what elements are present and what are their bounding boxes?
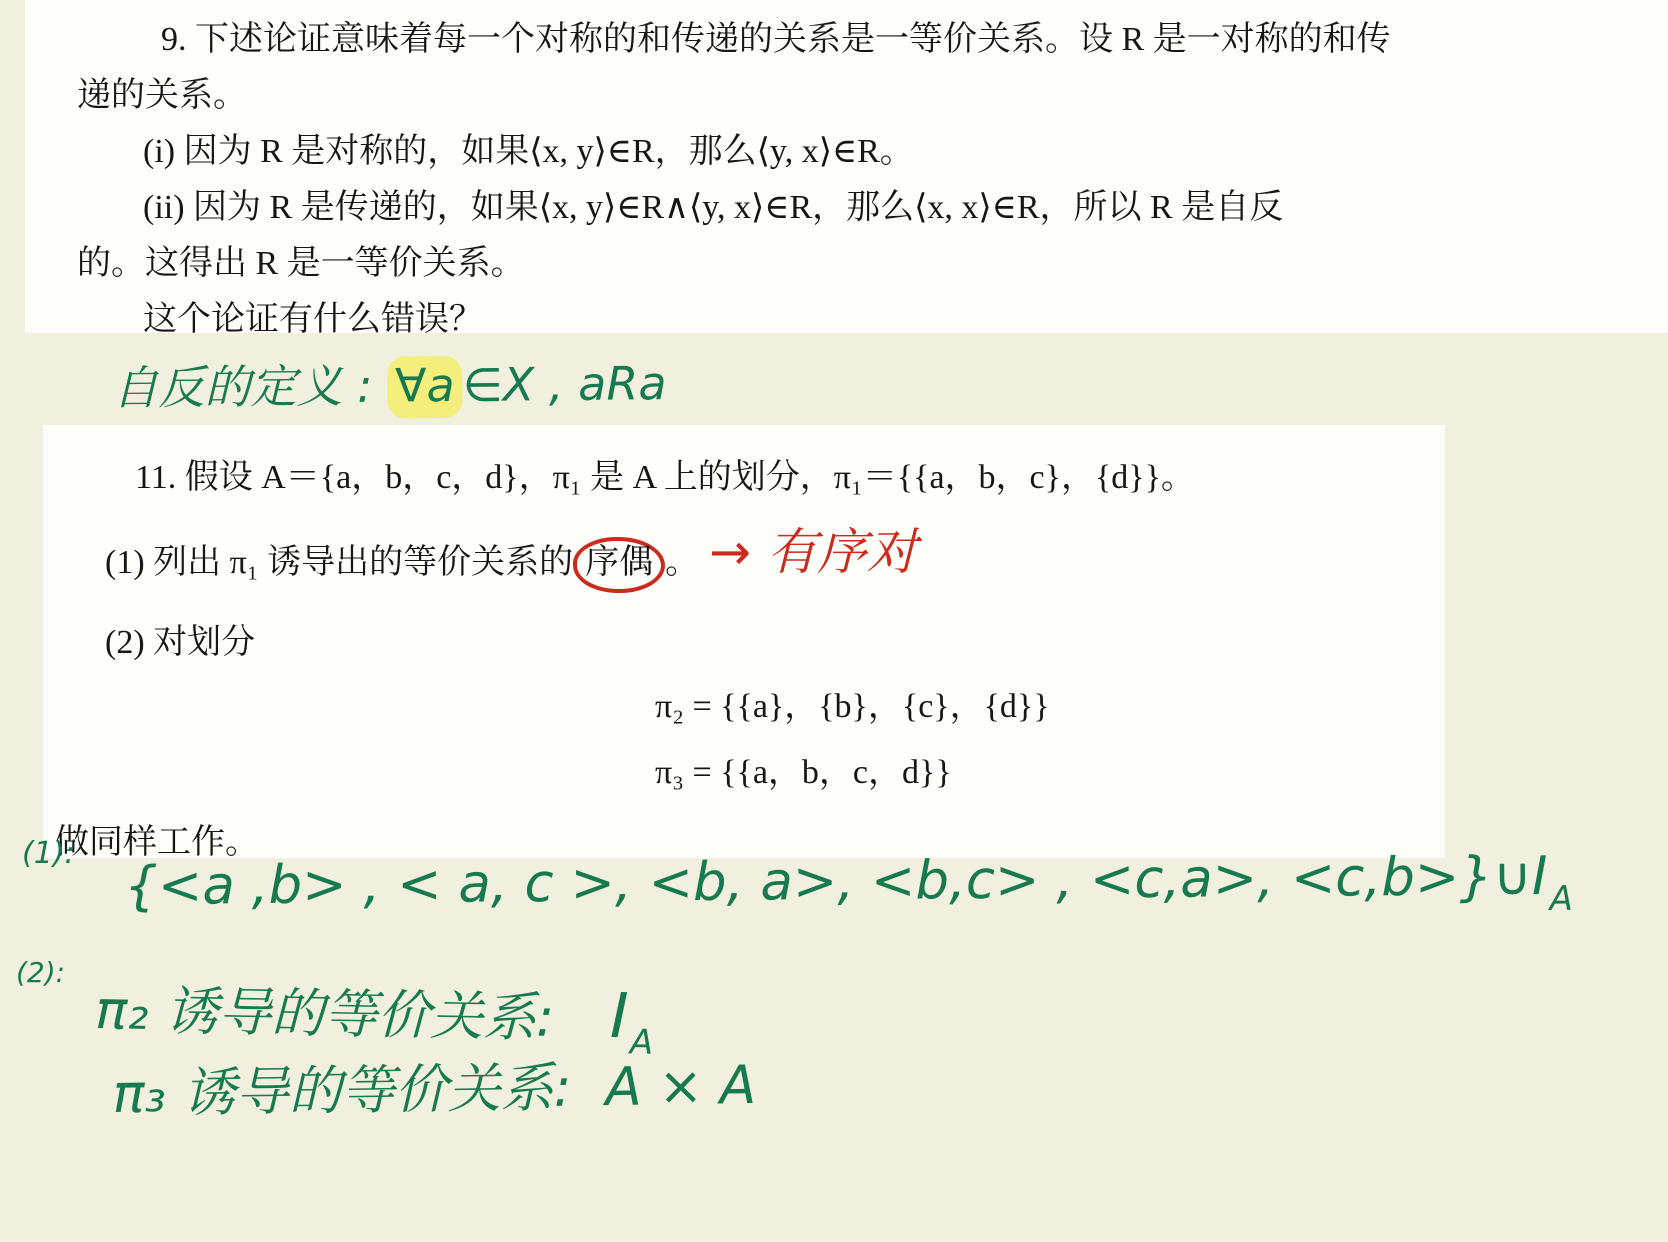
handwritten-reflexive-definition: 自反的定义 : ∀a∈X , aRa [112, 347, 667, 418]
problem11-line2-period: 。 [665, 544, 699, 581]
answer1-identity-subscript: A [1549, 879, 1573, 919]
answer2-cartesian-product: A × A [605, 1055, 756, 1118]
problem9-line-2: 递的关系。 [77, 68, 1648, 124]
answer2-label: (2): [16, 956, 65, 989]
answer2-identity-symbol: I [609, 979, 629, 1052]
problem11-line-2: (1) 列出 π₁ 诱导出的等价关系的序偶。→ 有序对 [105, 524, 1445, 593]
answer1-label: (1): [22, 836, 75, 871]
problem9-line-6: 这个论证有什么错误？ [77, 292, 1648, 348]
answer1-pair-set: {<a ,b> , < a, c >, <b, a>, <b,c> , <c,a… [124, 846, 1573, 929]
problem9-line-4: (ii) 因为 R 是传递的，如果⟨x, y⟩∈R∧⟨y, x⟩∈R，那么⟨x,… [77, 180, 1648, 236]
reflexive-note-suffix: ∈X , aRa [462, 356, 666, 412]
problem9-line-3: (i) 因为 R 是对称的，如果⟨x, y⟩∈R，那么⟨y, x⟩∈R。 [77, 124, 1648, 180]
formula-pi3: π₃ = {{a，b，c，d}} [655, 745, 1445, 801]
highlighted-forall-a: ∀a [387, 356, 463, 419]
problem11-line2-prefix: (1) 列出 π₁ 诱导出的等价关系的 [105, 544, 573, 581]
problem11-line-1: 11. 假设 A＝{a，b，c，d}，π₁ 是 A 上的划分，π₁＝{{a，b，… [135, 450, 1445, 506]
answer2-pi3-line: π₃ 诱导的等价关系:A × A [112, 1043, 756, 1128]
formula-pi2: π₂ = {{a}，{b}，{c}，{d}} [655, 679, 1445, 735]
red-circle-annotation: 序偶 [573, 537, 665, 593]
answer2-pi3-text: π₃ 诱导的等价关系: [112, 1058, 572, 1125]
problem11-line-3: (2) 对划分 [105, 615, 1445, 671]
answer2-pi2-text: π₂ 诱导的等价关系: [95, 980, 555, 1049]
answer1-set-body: {<a ,b> , < a, c >, <b, a>, <b,c> , <c,a… [124, 846, 1548, 917]
problem11-scan-block: 11. 假设 A＝{a，b，c，d}，π₁ 是 A 上的划分，π₁＝{{a，b，… [43, 425, 1445, 858]
reflexive-note-prefix: 自反的定义 : [112, 359, 387, 415]
handwritten-ordered-pair-note: → 有序对 [709, 523, 917, 581]
problem9-line-5: 的。这得出 R 是一等价关系。 [77, 236, 1648, 292]
problem9-scan-block: 9. 下述论证意味着每一个对称的和传递的关系是一等价关系。设 R 是一对称的和传… [25, 0, 1668, 333]
problem9-line-1: 9. 下述论证意味着每一个对称的和传递的关系是一等价关系。设 R 是一对称的和传 [77, 12, 1648, 68]
